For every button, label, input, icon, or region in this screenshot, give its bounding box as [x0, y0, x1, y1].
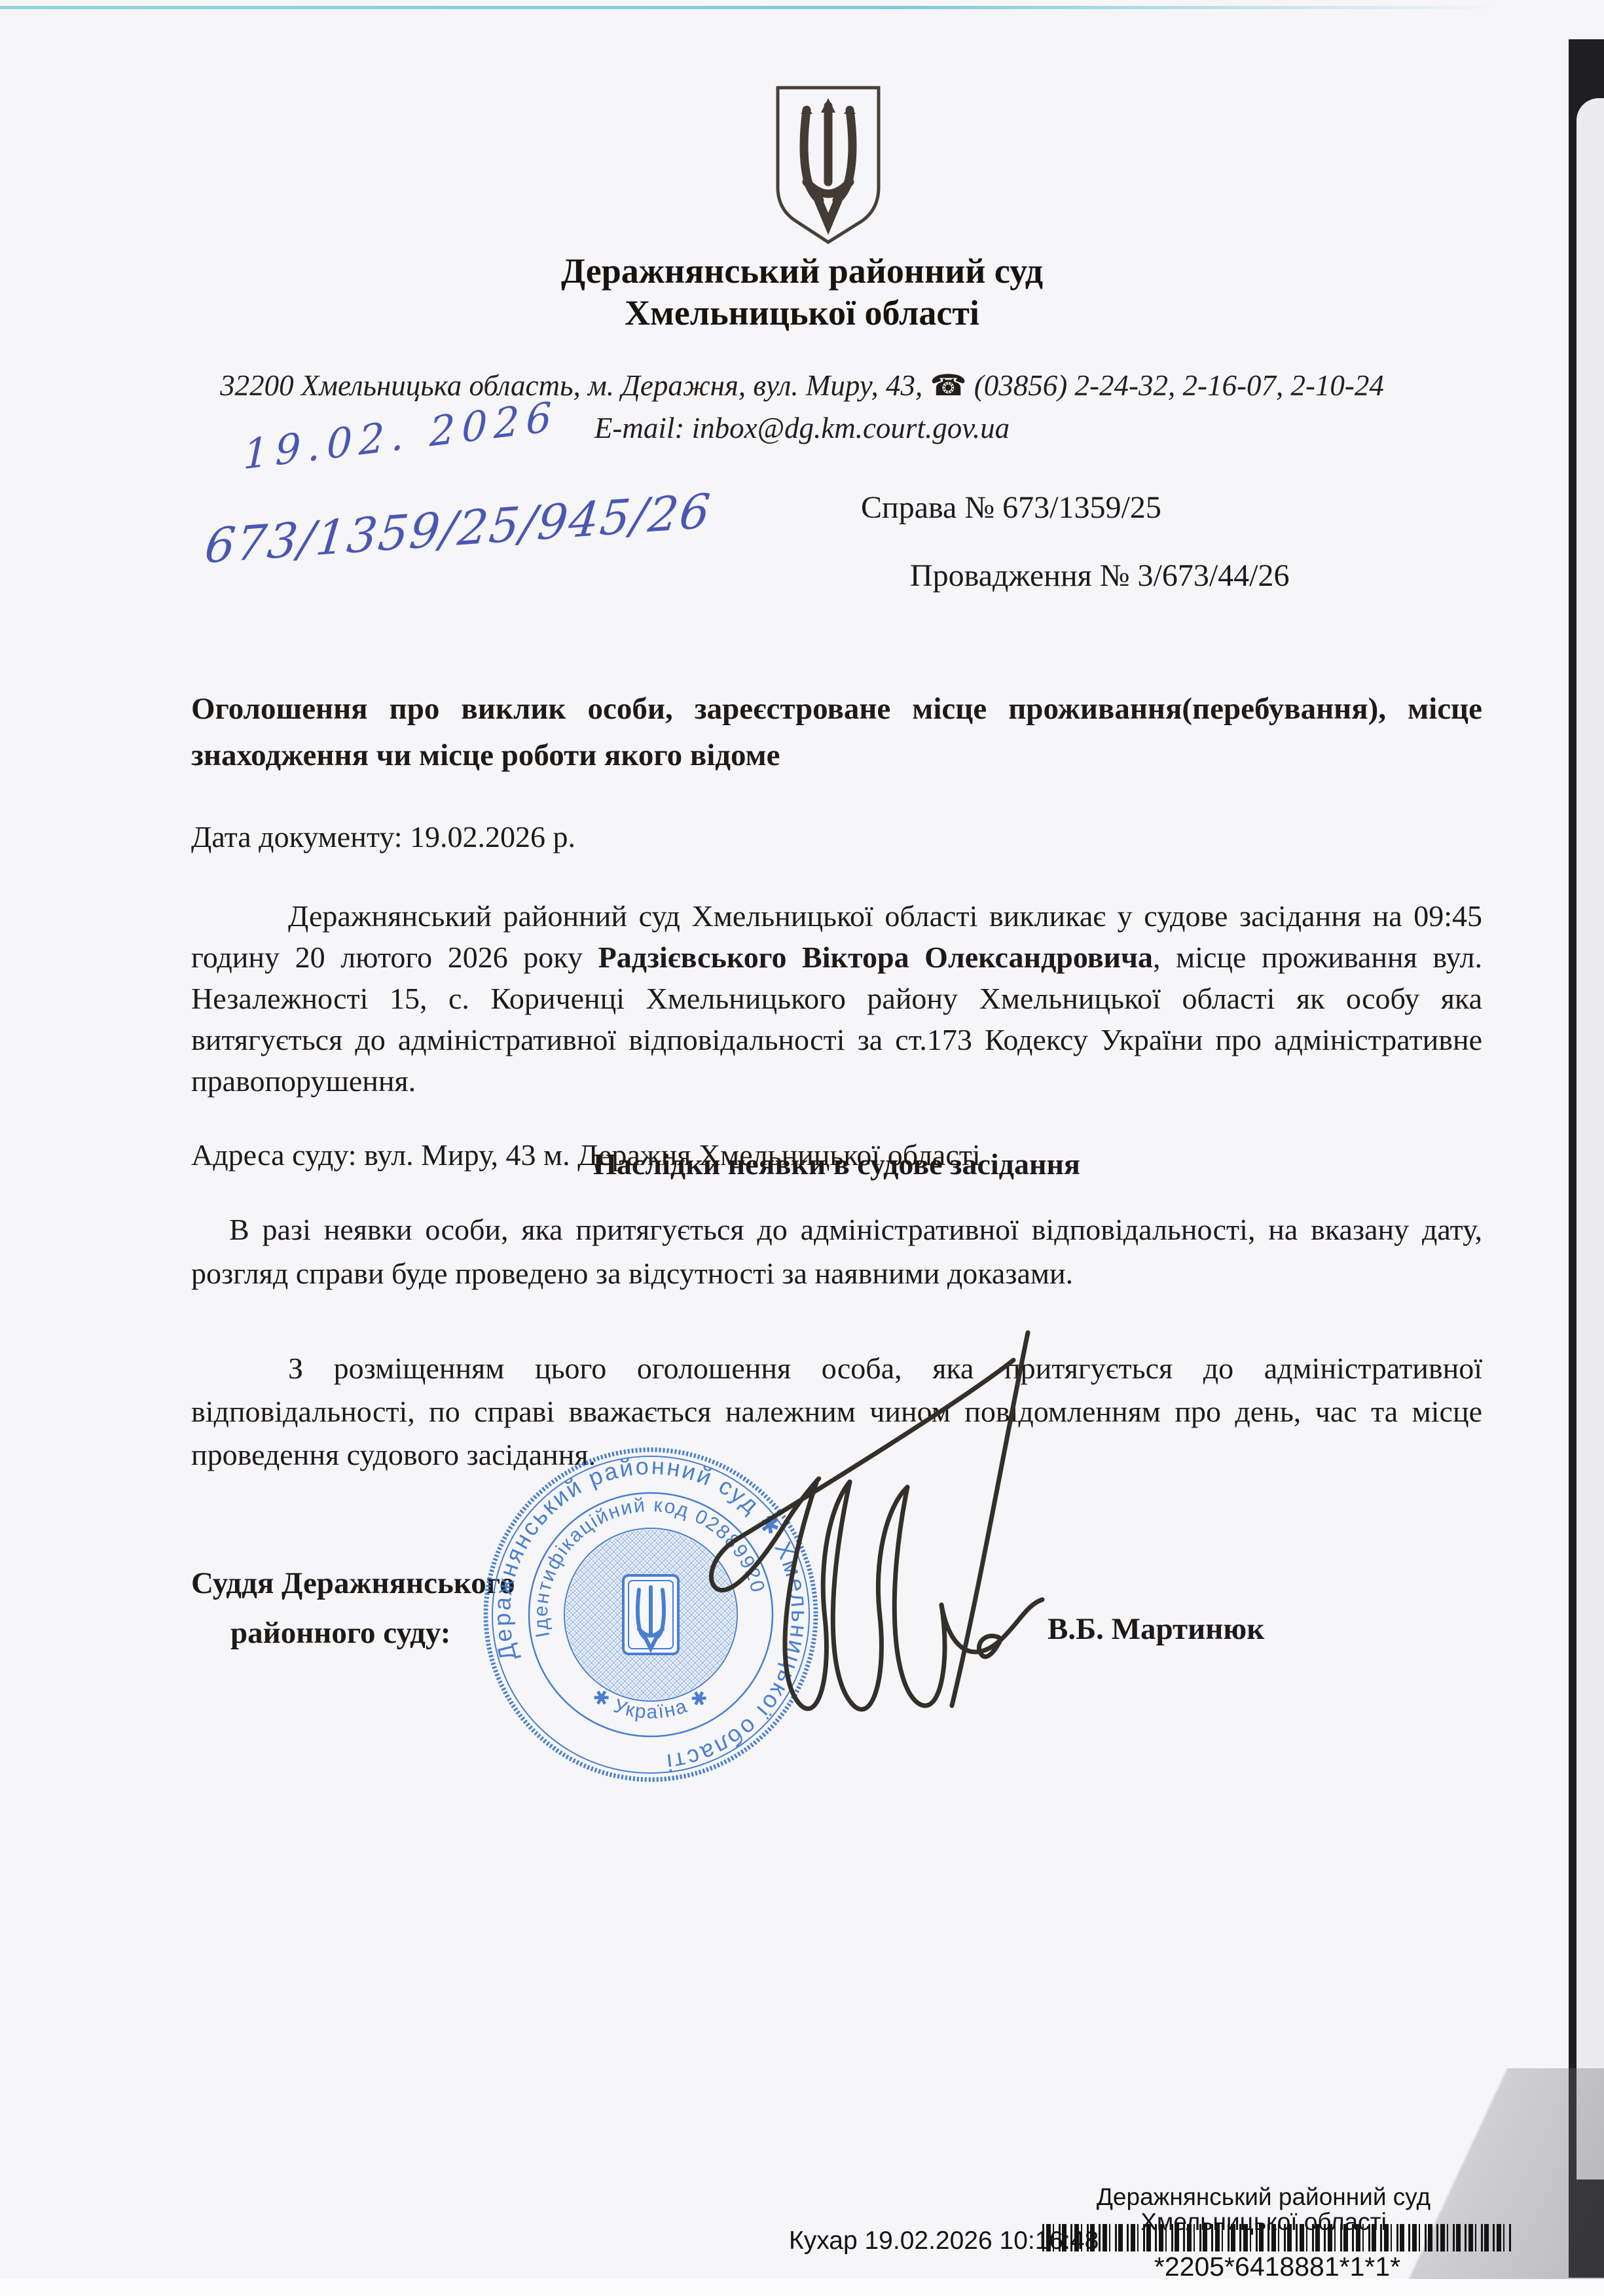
page-title: Деражнянський районний суд Хмельницької …	[0, 250, 1604, 334]
proceeding-number: Провадження № 3/673/44/26	[910, 558, 1290, 594]
barcode-caption: *2205*6418881*1*1*	[1042, 2251, 1512, 2282]
summons-paragraph: Деражнянський районний суд Хмельницької …	[191, 895, 1482, 1102]
judge-label-line1: Суддя Деражнянського	[191, 1566, 515, 1601]
judge-label-line2: районного суду:	[230, 1615, 450, 1651]
handwritten-date: 19.02. 2026	[243, 392, 558, 479]
ukraine-trident-emblem-icon	[773, 84, 884, 246]
case-number: Справа № 673/1359/25	[861, 490, 1161, 526]
document-date: Дата документу: 19.02.2026 р.	[191, 819, 1482, 854]
footer-court-line1: Деражнянський районний суд	[1002, 2183, 1525, 2211]
handwritten-case-number: 673/1359/25/945/26	[202, 483, 714, 574]
judge-name: В.Б. Мартинюк	[1048, 1611, 1264, 1647]
judge-signature	[609, 1309, 1067, 1780]
scanned-court-document: Деражнянський районний суд Хмельницької …	[0, 0, 1604, 2296]
underlying-sheet-corner	[1577, 98, 1604, 2179]
court-email-line: E-mail: inbox@dg.km.court.gov.ua	[0, 411, 1604, 445]
scan-edge-line	[0, 6, 1506, 9]
consequences-paragraph: В разі неявки особи, яка притягується до…	[191, 1208, 1482, 1295]
consequences-heading: Наслідки неявки в судове засідання	[191, 1147, 1482, 1181]
phone-icon: ☎	[930, 369, 966, 402]
announcement-title: Оголошення про виклик особи, зареєстрова…	[191, 686, 1482, 779]
barcode	[1042, 2224, 1512, 2251]
court-name-line2: Хмельницької області	[0, 292, 1604, 334]
summoned-person-name: Радзієвського Віктора Олександровича	[598, 941, 1153, 974]
court-address-line: 32200 Хмельницька область, м. Деражня, в…	[0, 368, 1604, 403]
court-name-line1: Деражнянський районний суд	[0, 250, 1604, 292]
